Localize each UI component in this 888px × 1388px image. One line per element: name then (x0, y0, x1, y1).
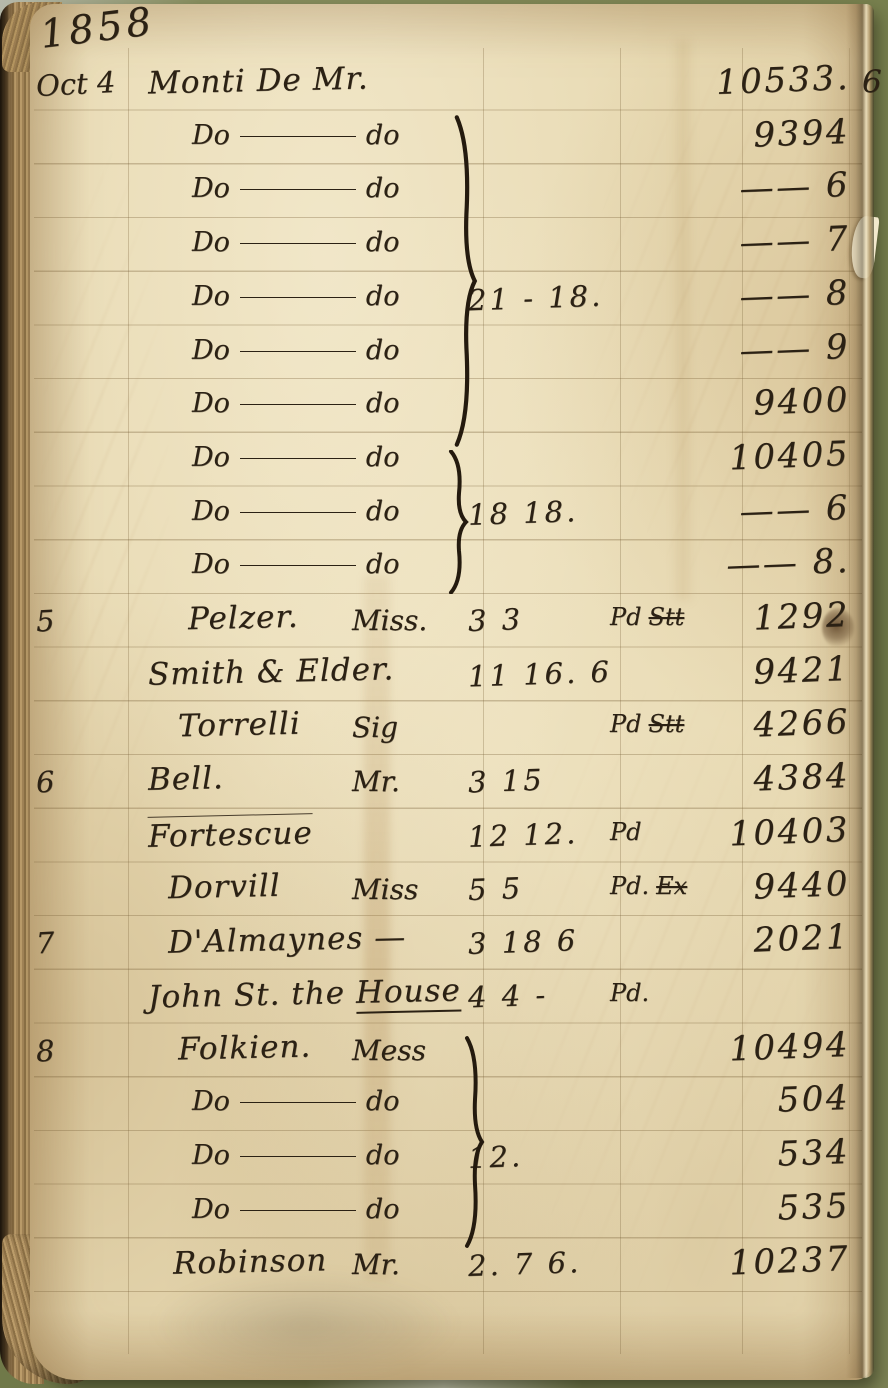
ditto-mark: Dodo (192, 496, 399, 527)
ditto-connector (240, 512, 356, 513)
entry-name: Robinson (173, 1243, 328, 1282)
ditto-mark: Dodo (192, 1140, 399, 1171)
ditto-connector (240, 458, 356, 459)
entry-honorific: Mr. (352, 765, 400, 798)
ditto-mark: Dodo (192, 335, 399, 366)
entry-amount: 5 5 (467, 871, 523, 907)
entry-amount: 2. 7 6. (467, 1245, 581, 1283)
ledger-row: Dodo535 (0, 1186, 888, 1240)
folio-number: 10237 (687, 1239, 850, 1285)
folio-number: 9440 (687, 863, 850, 909)
entry-name: D'Almaynes — (168, 919, 407, 960)
entry-date: Oct 4 (35, 65, 116, 103)
ditto-connector (240, 136, 356, 137)
folio-number: —— 8. (687, 541, 850, 587)
folio-number: 10494 (687, 1024, 850, 1070)
folio-number: 1292 (687, 595, 850, 641)
ledger-row: 6Bell.Mr.3 154384 (0, 756, 888, 810)
ledger-rows: Oct 4Monti De Mr.10533.Dodo9394Dodo—— 6D… (0, 0, 888, 1388)
ledger-row: Dodo21 - 18.—— 8 (0, 273, 888, 327)
entry-amount: 11 16. 6 (467, 654, 612, 693)
ditto-connector (240, 297, 356, 298)
ledger-row: RobinsonMr.2. 7 6.10237 (0, 1239, 888, 1293)
ledger-row: Dodo9394 (0, 112, 888, 166)
ditto-connector (240, 1156, 356, 1157)
ledger-row: 7D'Almaynes —3 18 62021 (0, 917, 888, 971)
entry-name: John St. the House (148, 972, 462, 1015)
ditto-mark: Dodo (192, 120, 399, 151)
entry-amount: 3 15 (467, 763, 545, 800)
entry-name: Smith & Elder. (148, 651, 395, 693)
folio-number: —— 7 (687, 219, 850, 265)
ditto-mark: Dodo (192, 227, 399, 258)
entry-honorific: Miss. (352, 604, 427, 637)
folio-number: 4384 (687, 756, 850, 802)
folio-number: —— 9 (687, 326, 850, 372)
folio-number: 10403 (687, 810, 850, 856)
ditto-connector (240, 565, 356, 566)
entry-honorific: Mr. (352, 1248, 400, 1281)
ledger-row: Dodo—— 9 (0, 327, 888, 381)
folio-number: 535 (687, 1186, 850, 1232)
ledger-row: Smith & Elder.11 16. 69421 (0, 649, 888, 703)
entry-amount: 21 - 18. (467, 278, 603, 317)
ledger-row: DorvillMiss5 5Pd.Ex9440 (0, 864, 888, 918)
ledger-row: TorrelliSigPdStt4266 (0, 702, 888, 756)
folio-number: 2021 (687, 917, 850, 963)
folio-number: 10405 (687, 434, 850, 480)
payment-note: PdStt (610, 603, 684, 631)
ledger-row: John St. the House4 4 -Pd. (0, 971, 888, 1025)
folio-number: 504 (687, 1078, 850, 1124)
ditto-mark: Dodo (192, 173, 399, 204)
ditto-connector (240, 1210, 356, 1211)
entry-name: Monti De Mr. (148, 61, 369, 102)
entry-amount: 3 3 (467, 602, 523, 638)
payment-note: Pd (610, 818, 642, 846)
entry-name: Dorvill (168, 867, 281, 906)
ditto-connector (240, 243, 356, 244)
entry-date: 8 (35, 1033, 55, 1068)
grouping-brace (458, 1036, 488, 1248)
entry-name: Bell. (148, 760, 225, 798)
entry-name: Pelzer. (188, 599, 299, 638)
entry-honorific: Sig (352, 711, 398, 744)
edge-number-fragment: 6 (862, 64, 882, 100)
payment-note: PdStt (610, 710, 684, 738)
ledger-row: Dodo12.534 (0, 1132, 888, 1186)
grouping-brace (442, 450, 472, 594)
ditto-mark: Dodo (192, 549, 399, 580)
grouping-brace (446, 114, 482, 448)
ditto-mark: Dodo (192, 281, 399, 312)
entry-amount: 3 18 6 (467, 923, 578, 961)
ledger-row: Dodo9400 (0, 380, 888, 434)
entry-name: Torrelli (178, 706, 301, 745)
ditto-mark: Dodo (192, 442, 399, 473)
ledger-row: 5Pelzer.Miss.3 3PdStt1292 (0, 595, 888, 649)
ditto-connector (240, 351, 356, 352)
entry-name-underlined: House (355, 972, 461, 1013)
folio-number: 9400 (687, 380, 850, 426)
payment-note: Pd. (610, 979, 649, 1007)
ledger-row: Dodo—— 7 (0, 219, 888, 273)
ledger-row: Dodo—— 6 (0, 165, 888, 219)
entry-date: 7 (35, 926, 55, 961)
ledger-row: Oct 4Monti De Mr.10533. (0, 58, 888, 112)
entry-honorific: Miss (352, 873, 418, 906)
ledger-row: 8Folkien.Mess10494 (0, 1025, 888, 1079)
folio-number: —— 8 (687, 273, 850, 319)
ditto-mark: Dodo (192, 1194, 399, 1225)
ditto-mark: Dodo (192, 1086, 399, 1117)
ditto-connector (240, 404, 356, 405)
entry-amount: 18 18. (467, 494, 578, 532)
folio-number: 534 (687, 1132, 850, 1178)
folio-number: 10533. (687, 58, 850, 104)
ledger-row: Dodo504 (0, 1078, 888, 1132)
folio-number: —— 6 (687, 165, 850, 211)
folio-number: 9421 (687, 649, 850, 695)
entry-name: Folkien. (178, 1028, 312, 1067)
ditto-connector (240, 189, 356, 190)
ledger-scan: 1858 6 Oct 4Monti De Mr.10533.Dodo9394Do… (0, 0, 888, 1388)
entry-date: 5 (35, 604, 55, 639)
folio-number: 9394 (687, 112, 850, 158)
entry-date: 6 (35, 765, 55, 800)
entry-amount: 4 4 - (467, 978, 548, 1015)
entry-honorific: Mess (352, 1034, 426, 1067)
folio-number: —— 6 (687, 487, 850, 533)
entry-name: Fortescue (148, 813, 314, 855)
ditto-mark: Dodo (192, 388, 399, 419)
ledger-row: Fortescue12 12.Pd10403 (0, 810, 888, 864)
ditto-connector (240, 1102, 356, 1103)
payment-note: Pd.Ex (610, 872, 687, 900)
folio-number: 4266 (687, 702, 850, 748)
entry-amount: 12 12. (467, 816, 578, 854)
